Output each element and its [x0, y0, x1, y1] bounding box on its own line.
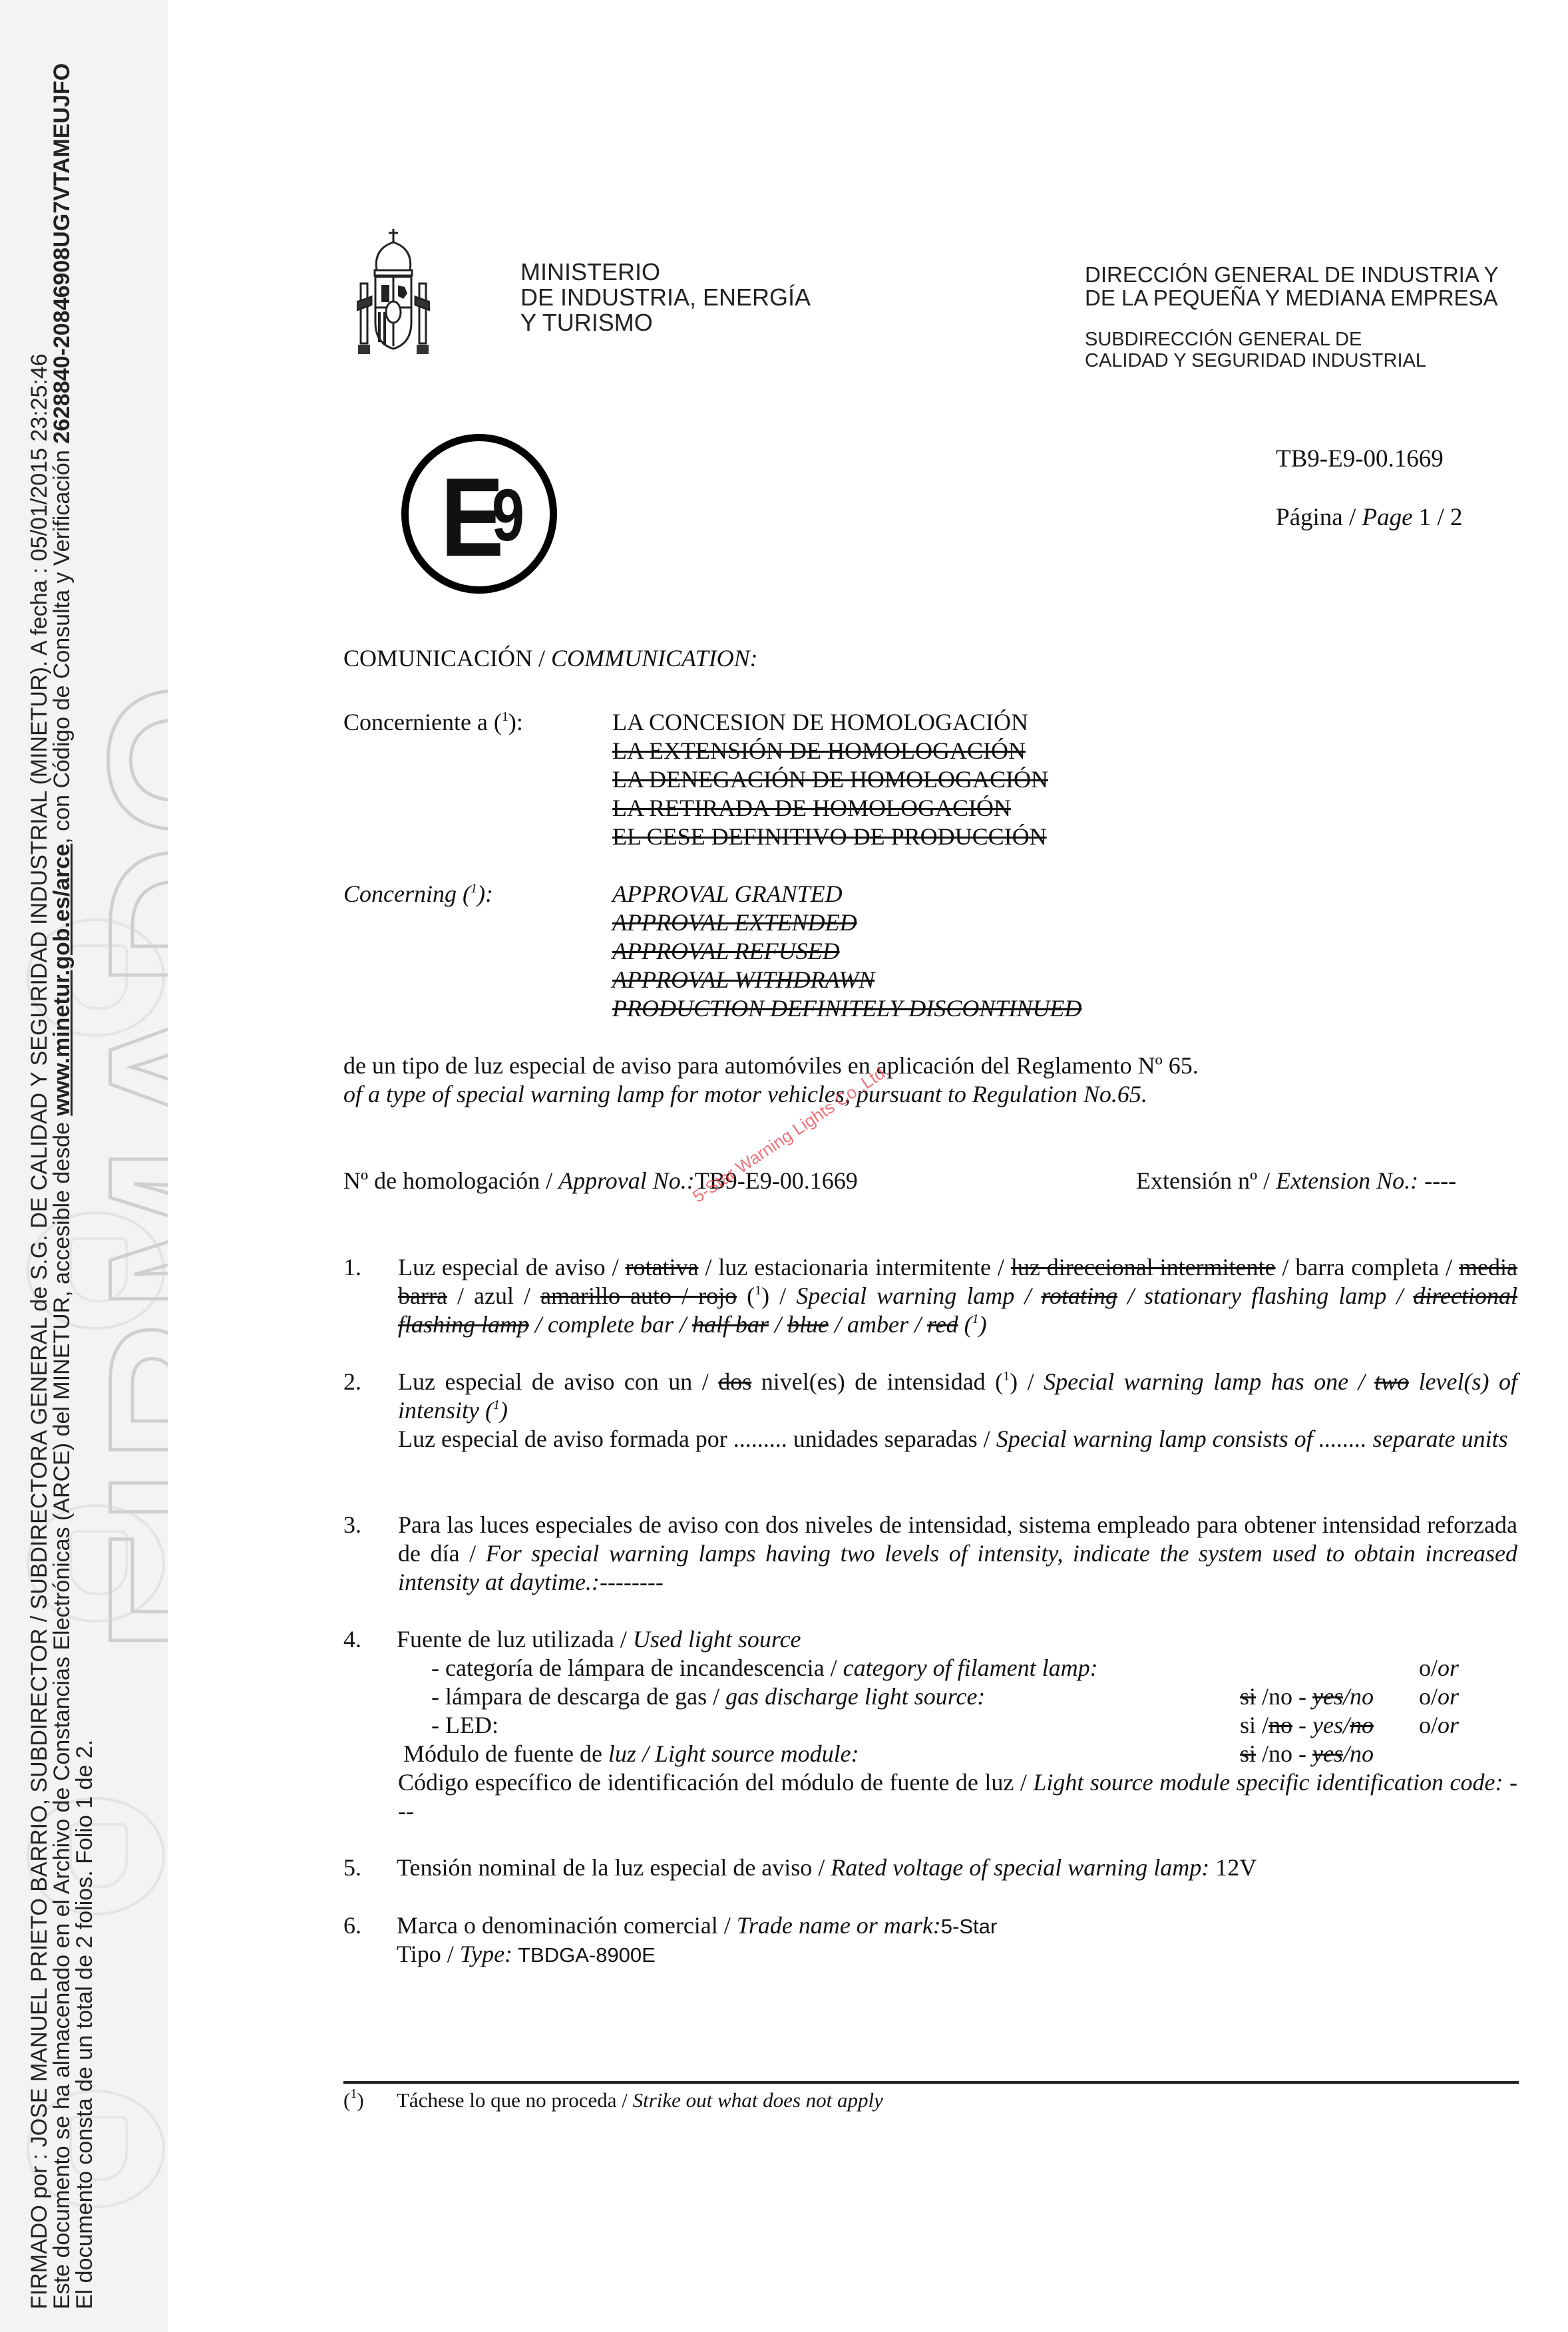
- text-segment: ) /: [1010, 1368, 1044, 1395]
- item-4-title: Fuente de luz utilizada / Used light sou…: [397, 1625, 801, 1654]
- type-value: TBDGA-8900E: [512, 1943, 656, 1967]
- direction-general: DIRECCIÓN GENERAL DE INDUSTRIA Y DE LA P…: [1085, 263, 1499, 309]
- light-source-module-code: Código específico de identificación del …: [398, 1768, 1517, 1826]
- item-6-trade-name: Marca o denominación comercial / Trade n…: [397, 1911, 997, 1941]
- lamp-type-es: de un tipo de luz especial de aviso para…: [343, 1052, 1199, 1080]
- yes-no-choice: si /no - yes/no: [1240, 1740, 1374, 1768]
- struck-option: red: [927, 1311, 958, 1338]
- struck-option: APPROVAL WITHDRAWN: [612, 966, 1081, 994]
- light-source-row-label: Módulo de fuente de luz / Light source m…: [403, 1740, 859, 1768]
- communication-title: COMUNICACIÓN / COMMUNICATION:: [343, 644, 758, 673]
- text-segment: si /: [1240, 1712, 1269, 1738]
- or-label: o/or: [1419, 1682, 1459, 1711]
- text-segment: / stationary flashing lamp /: [1117, 1282, 1413, 1309]
- struck-option: dos: [718, 1368, 751, 1395]
- struck-option: PRODUCTION DEFINITELY DISCONTINUED: [612, 994, 1081, 1023]
- struck-option: yes: [1312, 1740, 1343, 1767]
- text-segment: ) /: [761, 1282, 796, 1309]
- item-number: 6.: [343, 1911, 361, 1940]
- struck-option: luz direccional intermitente: [1011, 1254, 1276, 1280]
- item-number: 2.: [343, 1368, 361, 1396]
- text-segment: o/: [1419, 1683, 1438, 1710]
- struck-option: si: [1240, 1683, 1256, 1710]
- footnote-mark: (1): [343, 2087, 364, 2114]
- concerning-en-options: APPROVAL GRANTEDAPPROVAL EXTENDEDAPPROVA…: [612, 880, 1081, 1023]
- text-segment: Special warning lamp has one /: [1044, 1368, 1374, 1395]
- document-reference: TB9-E9-00.1669: [1276, 445, 1444, 473]
- item-number: 1.: [343, 1253, 361, 1282]
- text-segment: -: [1292, 1712, 1312, 1738]
- text-segment: yes/: [1312, 1712, 1350, 1738]
- text-segment: 1: [755, 1283, 761, 1298]
- text-segment: o/: [1419, 1654, 1438, 1681]
- text-segment: /: [769, 1311, 787, 1338]
- text-segment: luz / Light source module:: [608, 1740, 859, 1767]
- text-segment: / azul /: [447, 1282, 540, 1309]
- text-segment: / luz estacionaria intermitente /: [698, 1254, 1010, 1280]
- text-segment: / amber /: [829, 1311, 927, 1338]
- extension-number: Extensión nº / Extension No.: ----: [1136, 1167, 1456, 1195]
- approval-number: Nº de homologación / Approval No.:TB9-E9…: [343, 1167, 858, 1195]
- text-segment: - LED:: [431, 1712, 498, 1738]
- text-segment: gas discharge light source:: [725, 1683, 985, 1710]
- text-segment: or: [1438, 1683, 1459, 1710]
- item-number: 5.: [343, 1853, 361, 1882]
- yes-no-choice: si /no - yes/no: [1240, 1682, 1374, 1711]
- item-3-day-intensity: Para las luces especiales de aviso con d…: [398, 1511, 1517, 1597]
- struck-option: APPROVAL EXTENDED: [612, 908, 1081, 937]
- item-number: 4.: [343, 1625, 361, 1654]
- light-source-row-label: - lámpara de descarga de gas / gas disch…: [431, 1682, 985, 1711]
- item-5-rated-voltage: Tensión nominal de la luz especial de av…: [397, 1853, 1257, 1882]
- text-segment: /no: [1343, 1683, 1374, 1710]
- struck-option: LA RETIRADA DE HOMOLOGACIÓN: [612, 794, 1048, 823]
- item-2-intensity: Luz especial de aviso con un / dos nivel…: [398, 1368, 1517, 1454]
- coat-of-arms-icon: [357, 222, 430, 359]
- selected-option: APPROVAL GRANTED: [612, 880, 1081, 908]
- item-6-type: Tipo / Type: TBDGA-8900E: [397, 1940, 656, 1969]
- verification-code: 2628840-20846908UG7VTAMEUJFO: [49, 63, 75, 444]
- extension-number-value: ----: [1418, 1167, 1456, 1194]
- text-segment: o/: [1419, 1712, 1438, 1738]
- text-segment: Código específico de identificación del …: [398, 1769, 1033, 1796]
- struck-option: yes: [1312, 1683, 1343, 1710]
- light-source-row-label: - categoría de lámpara de incandescencia…: [431, 1654, 1098, 1682]
- text-segment: - categoría de lámpara de incandescencia…: [431, 1654, 843, 1681]
- struck-option: LA EXTENSIÓN DE HOMOLOGACIÓN: [612, 737, 1048, 765]
- struck-option: EL CESE DEFINITIVO DE PRODUCCIÓN: [612, 823, 1048, 851]
- concerning-es-label: Concerniente a (1):: [343, 708, 523, 737]
- text-segment: Luz especial de aviso con un /: [398, 1368, 718, 1395]
- text-segment: /no -: [1256, 1683, 1312, 1710]
- text-segment: (: [958, 1311, 972, 1338]
- text-segment: nivel(es) de intensidad (: [751, 1368, 1003, 1395]
- arce-link[interactable]: www.minetur.gob.es/arce: [49, 844, 75, 1116]
- light-source-row-label: - LED:: [431, 1711, 498, 1740]
- text-segment: --------: [600, 1569, 664, 1595]
- text-segment: or: [1438, 1712, 1459, 1738]
- struck-option: si: [1240, 1740, 1256, 1767]
- struck-option: half bar: [692, 1311, 769, 1338]
- text-segment: ): [500, 1397, 508, 1424]
- page-indicator: Página / Page 1 / 2: [1276, 503, 1463, 532]
- struck-option: rotating: [1041, 1282, 1117, 1309]
- footnote-text: Táchese lo que no proceda / Strike out w…: [397, 2087, 883, 2114]
- yes-no-choice: si /no - yes/no: [1240, 1711, 1374, 1740]
- signature-line-1: FIRMADO por : JOSE MANUEL PRIETO BARRIO,…: [27, 353, 52, 2309]
- struck-option: rotativa: [626, 1254, 699, 1280]
- text-segment: Luz especial de aviso formada por ......…: [398, 1426, 996, 1452]
- firmado-watermark: FIRMADO: [63, 676, 168, 1654]
- text-segment: (: [737, 1282, 755, 1309]
- signature-line-2: Este documento se ha almacenado en el Ar…: [49, 63, 75, 2309]
- text-segment: / barra completa /: [1276, 1254, 1460, 1280]
- text-segment: 1: [493, 1398, 500, 1412]
- text-segment: or: [1438, 1654, 1459, 1681]
- selected-option: LA CONCESION DE HOMOLOGACIÓN: [612, 708, 1048, 737]
- struck-option: amarillo auto / rojo: [540, 1282, 737, 1309]
- text-segment: 1: [1003, 1369, 1010, 1384]
- text-segment: /no -: [1256, 1740, 1312, 1767]
- concerning-es-options: LA CONCESION DE HOMOLOGACIÓNLA EXTENSIÓN…: [612, 708, 1048, 851]
- signature-sidebar: FIRMADO FIRMADO por : JOSE MANUEL PRIETO…: [0, 0, 168, 2332]
- struck-option: blue: [787, 1311, 829, 1338]
- struck-option: no: [1350, 1712, 1374, 1738]
- e9-approval-mark-icon: E 9: [401, 434, 557, 594]
- text-segment: / complete bar /: [529, 1311, 692, 1338]
- text-segment: Luz especial de aviso /: [398, 1254, 626, 1280]
- text-segment: For special warning lamps having two lev…: [398, 1540, 1517, 1595]
- text-segment: /no: [1343, 1740, 1374, 1767]
- or-label: o/or: [1419, 1654, 1459, 1682]
- struck-option: LA DENEGACIÓN DE HOMOLOGACIÓN: [612, 765, 1048, 794]
- struck-option: two: [1374, 1368, 1409, 1395]
- ministry-name: MINISTERIO DE INDUSTRIA, ENERGÍA Y TURIS…: [520, 260, 811, 335]
- item-1-lamp-kind: Luz especial de aviso / rotativa / luz e…: [398, 1253, 1517, 1339]
- text-segment: 1: [972, 1312, 979, 1326]
- text-segment: - lámpara de descarga de gas /: [431, 1683, 725, 1710]
- rated-voltage-value: 12V: [1209, 1854, 1257, 1881]
- or-label: o/or: [1419, 1711, 1459, 1740]
- text-segment: ): [979, 1311, 987, 1338]
- struck-option: APPROVAL REFUSED: [612, 937, 1081, 966]
- text-segment: Módulo de fuente de: [403, 1740, 608, 1767]
- lamp-type-en: of a type of special warning lamp for mo…: [343, 1080, 1147, 1109]
- text-segment: Special warning lamp /: [796, 1282, 1041, 1309]
- text-segment: category of filament lamp:: [843, 1654, 1098, 1681]
- footnote-divider: [343, 2081, 1519, 2084]
- subdirection-general: SUBDIRECCIÓN GENERAL DE CALIDAD Y SEGURI…: [1085, 329, 1426, 371]
- text-segment: Special warning lamp consists of .......…: [996, 1426, 1508, 1452]
- item-number: 3.: [343, 1511, 361, 1539]
- text-segment: Light source module specific identificat…: [1033, 1769, 1503, 1796]
- signature-line-3: El documento consta de un total de 2 fol…: [72, 1740, 97, 2309]
- trade-name-value: 5-Star: [941, 1915, 997, 1938]
- struck-option: no: [1269, 1712, 1292, 1738]
- concerning-en-label: Concerning (1):: [343, 880, 493, 908]
